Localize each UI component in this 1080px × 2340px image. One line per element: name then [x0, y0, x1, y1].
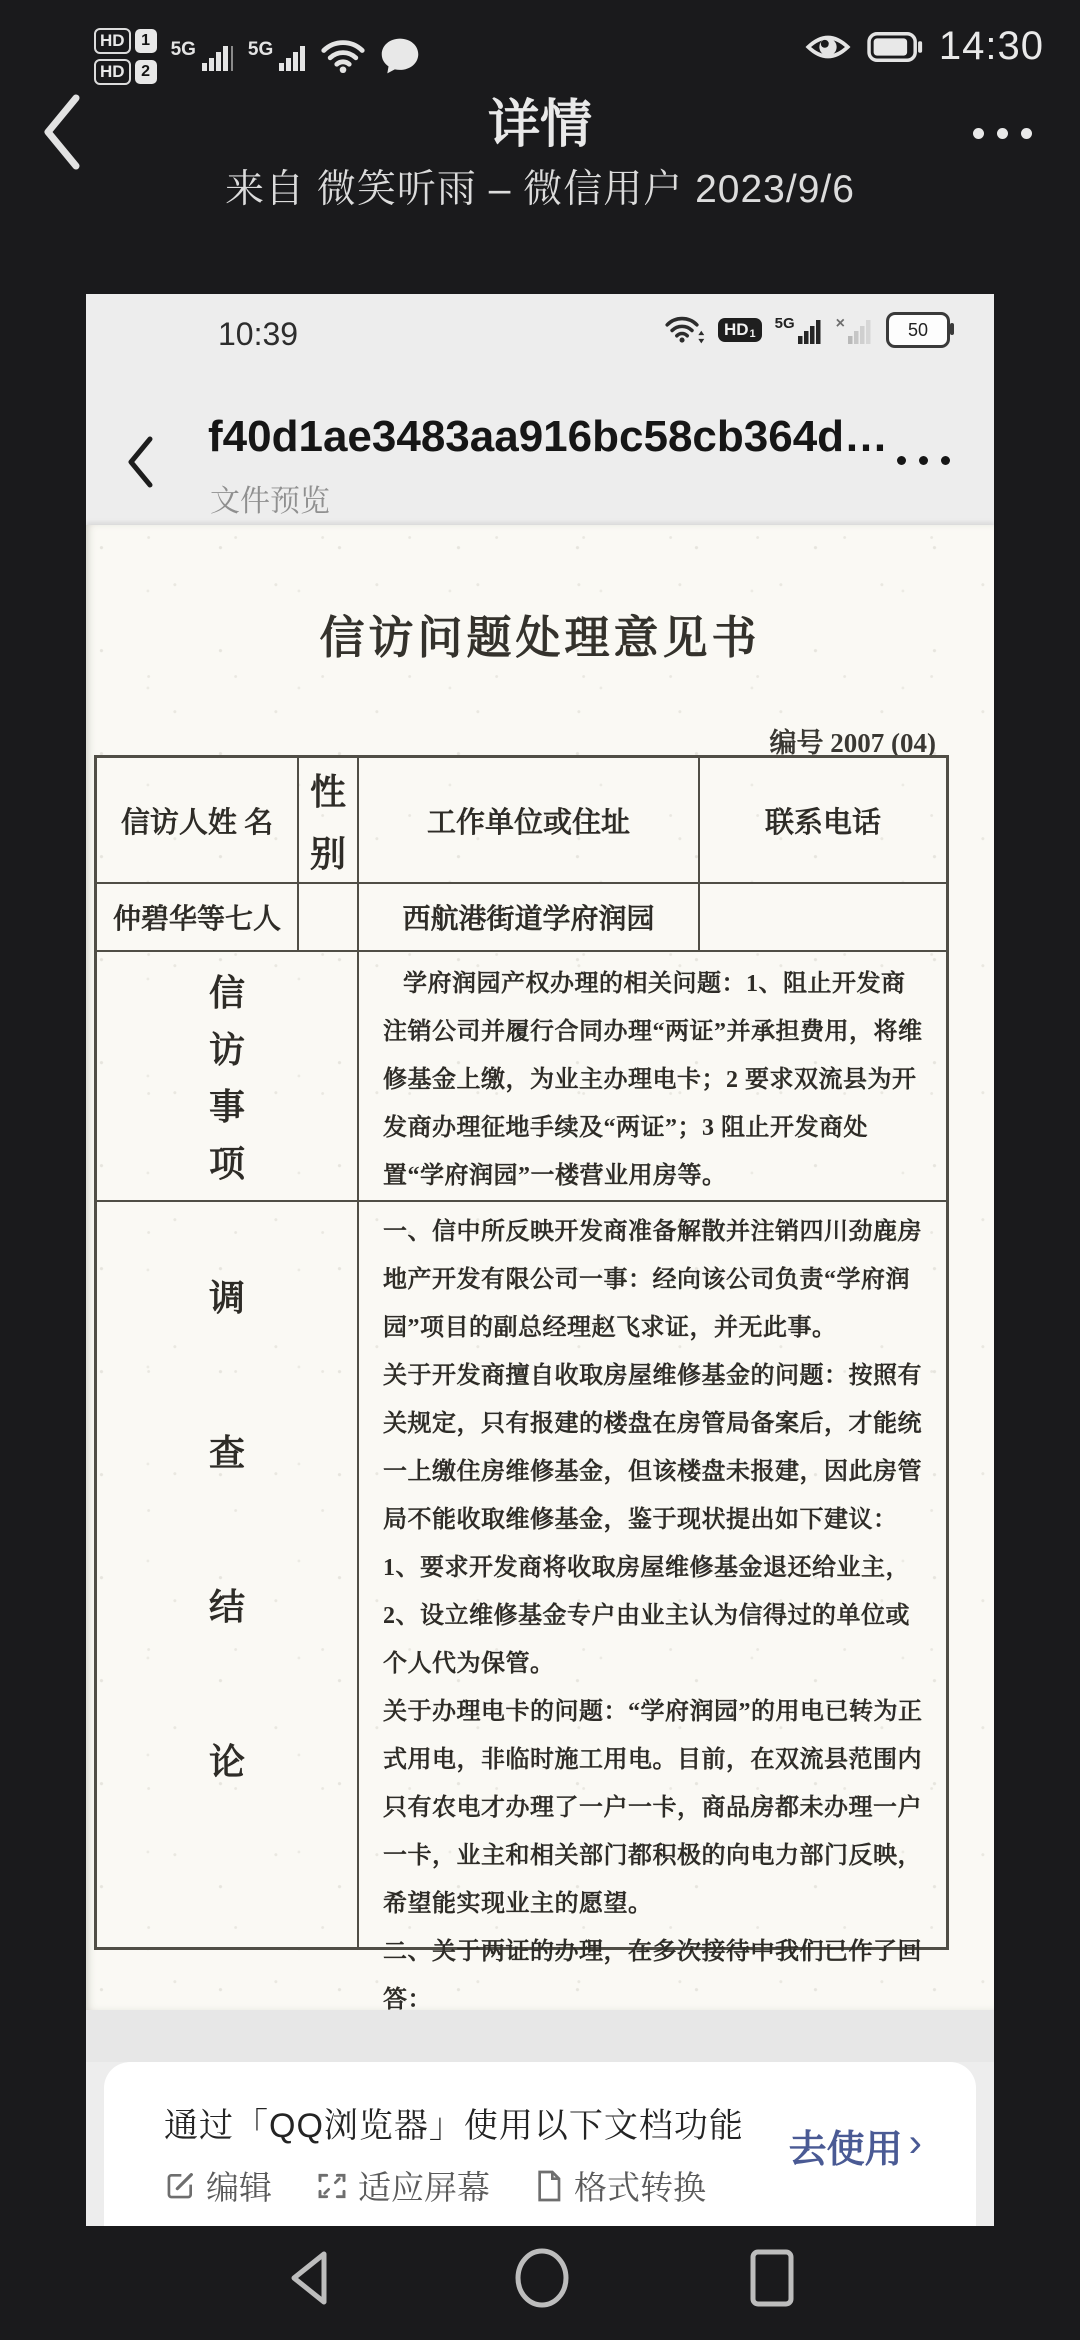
promo-actions: 编辑 适应屏幕 格	[164, 2162, 706, 2209]
battery-icon: 50	[886, 312, 950, 348]
col-header-name: 信访人姓 名	[97, 758, 299, 884]
screenshot-image[interactable]: 10:39 HD1 5G	[86, 294, 994, 2226]
nav-recents-button[interactable]	[746, 2248, 798, 2308]
qq-browser-promo-card: 通过「QQ浏览器」使用以下文档功能 编辑	[104, 2062, 976, 2226]
network-type-label: 5G	[171, 39, 196, 61]
hd-icon: HD	[94, 59, 131, 85]
fit-screen-icon	[316, 2170, 348, 2202]
inner-status-icons: HD1 5G × 5	[665, 312, 950, 348]
status-bar-right: 14:30	[805, 24, 1044, 69]
document-title: 信访问题处理意见书	[86, 601, 994, 666]
eye-comfort-icon	[805, 31, 851, 63]
signal-bars-icon: 5G	[775, 315, 823, 345]
hd-icon: HD	[94, 28, 131, 54]
chat-bubble-icon	[379, 36, 421, 76]
sim1-hd-badge: HD 1	[94, 28, 157, 54]
sim1-number: 1	[135, 29, 157, 53]
petition-table: 信访人姓 名 性 别 工作单位或住址 联系电话 仲碧华等七人 西航港街道学府润园…	[94, 755, 949, 1950]
wifi-icon	[321, 38, 365, 74]
nav-home-button[interactable]	[512, 2248, 572, 2308]
cell-gender	[299, 884, 359, 952]
fit-screen-action: 适应屏幕	[316, 2162, 490, 2209]
wifi-transfer-icon	[665, 313, 705, 347]
clock: 14:30	[939, 24, 1044, 69]
signal-bars-icon-sim1: 5G	[171, 39, 234, 73]
network-type-label: 5G	[248, 39, 273, 61]
col-header-gender: 性 别	[299, 758, 359, 884]
document-page: 信访问题处理意见书 编号 2007 (04) 信访人姓 名 性 别 工作单位或住…	[86, 525, 994, 2010]
col-header-address: 工作单位或住址	[359, 758, 700, 884]
file-preview-label: 文件预览	[210, 476, 330, 520]
no-service-icon: ×	[836, 315, 873, 345]
page-title: 详情	[0, 82, 1080, 157]
petition-matters-content: 学府润园产权办理的相关问题：1、阻止开发商注销公司并履行合同办理“两证”并承担费…	[359, 952, 946, 1202]
conclusion-content: 一、信中所反映开发商准备解散并注销四川劲鹿房地产开发有限公司一事：经向该公司负责…	[359, 1202, 946, 1947]
status-bar-left: HD 1 HD 2 5G 5G	[94, 22, 421, 90]
navigation-bar	[0, 2220, 1080, 2340]
sim2-hd-badge: HD 2	[94, 59, 157, 85]
edit-action: 编辑	[164, 2162, 272, 2209]
signal-bars-icon-sim2: 5G	[248, 39, 307, 73]
file-name: f40d1ae3483aa916bc58cb364d…	[208, 412, 908, 462]
cell-address: 西航港街道学府润园	[359, 884, 700, 952]
nav-back-button[interactable]	[284, 2248, 336, 2308]
conclusion-paragraph: 关于办理电卡的问题：“学府润园”的用电已转为正式用电，非临时施工用电。目前，在双…	[383, 1688, 928, 1928]
more-options-button[interactable]	[973, 128, 1032, 139]
sim2-number: 2	[135, 60, 157, 84]
format-convert-action: 格式转换	[534, 2162, 706, 2209]
signal-bars-icon	[200, 39, 234, 73]
conclusion-paragraph: 关于开发商擅自收取房屋维修基金的问题：按照有关规定，只有报建的楼盘在房管局备案后…	[383, 1352, 928, 1688]
petition-matters-label: 信 访 事 项	[97, 952, 359, 1202]
col-header-phone: 联系电话	[700, 758, 946, 884]
inner-clock: 10:39	[218, 316, 298, 353]
conclusion-label: 调 查 结 论	[97, 1202, 359, 1947]
battery-icon	[867, 32, 923, 62]
cell-petitioner-name: 仲碧华等七人	[97, 884, 299, 952]
hd-voice-icon: HD1	[718, 318, 762, 342]
page-gap	[86, 2010, 994, 2062]
conclusion-paragraph: 一、信中所反映开发商准备解散并注销四川劲鹿房地产开发有限公司一事：经向该公司负责…	[383, 1208, 928, 1352]
chevron-right-icon: ›	[909, 2121, 922, 2166]
promo-headline: 通过「QQ浏览器」使用以下文档功能	[164, 2098, 744, 2147]
sim-badges: HD 1 HD 2	[94, 28, 157, 85]
use-now-link: 去使用›	[789, 2118, 922, 2173]
inner-back-icon	[122, 434, 158, 490]
inner-more-icon	[897, 456, 950, 465]
cell-phone	[700, 884, 946, 952]
battery-percent: 50	[908, 320, 928, 341]
signal-bars-icon	[277, 39, 307, 73]
edit-icon	[164, 2170, 196, 2202]
phone-screen: HD 1 HD 2 5G 5G	[0, 0, 1080, 2340]
format-convert-icon	[534, 2170, 564, 2202]
image-source-caption: 来自 微笑听雨 – 微信用户 2023/9/6	[0, 158, 1080, 214]
